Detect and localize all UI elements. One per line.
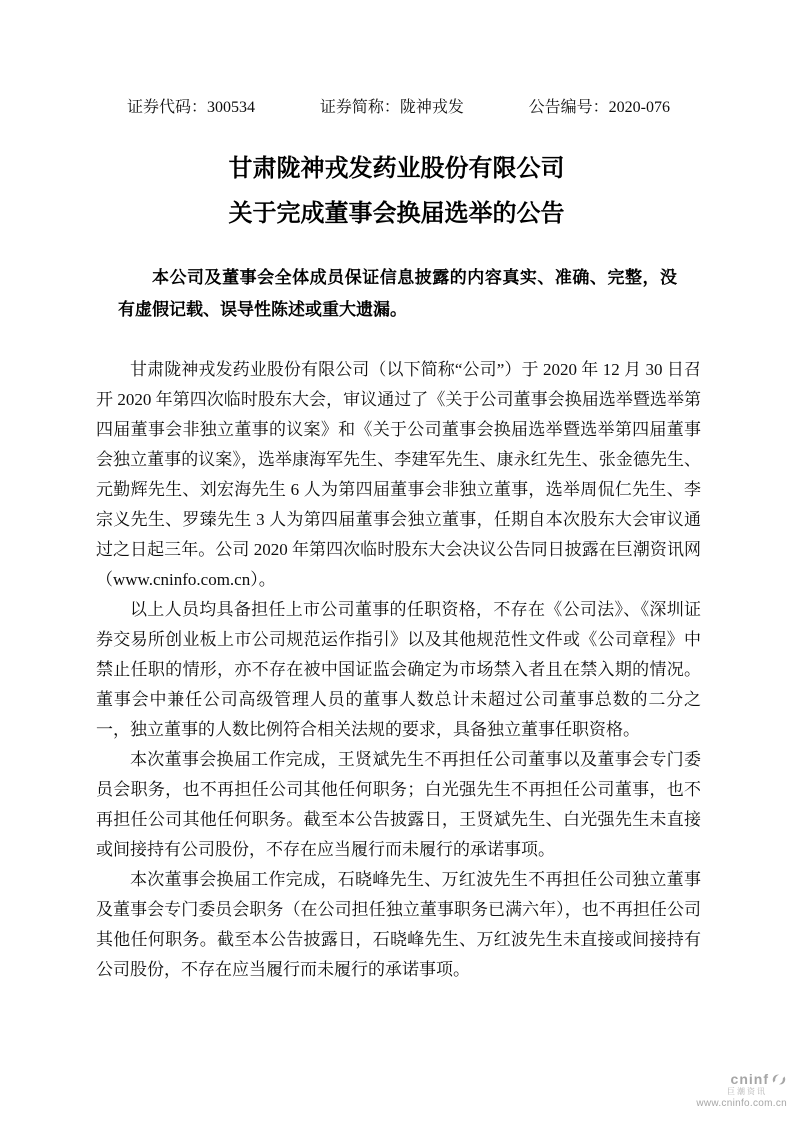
cninfo-swirl-icon	[771, 1072, 787, 1087]
document-title: 甘肃陇神戎发药业股份有限公司 关于完成董事会换届选举的公告	[96, 146, 697, 236]
body-paragraph-3: 本次董事会换届工作完成，王贤斌先生不再担任公司董事以及董事会专门委员会职务，也不…	[96, 745, 701, 865]
cninfo-url: www.cninfo.com.cn	[696, 1097, 787, 1110]
body-paragraph-1: 甘肃陇神戎发药业股份有限公司（以下简称“公司”）于 2020 年 12 月 30…	[96, 355, 701, 595]
disclaimer-statement: 本公司及董事会全体成员保证信息披露的内容真实、准确、完整，没有虚假记载、误导性陈…	[118, 262, 677, 326]
announcement-number: 公告编号：2020-076	[529, 97, 670, 119]
stock-code: 证券代码：300534	[127, 97, 255, 119]
announcement-page: 证券代码：300534 证券简称：陇神戎发 公告编号：2020-076 甘肃陇神…	[0, 0, 793, 1122]
stock-short-name: 证券简称：陇神戎发	[320, 97, 464, 119]
company-name-title-line: 甘肃陇神戎发药业股份有限公司	[96, 146, 697, 191]
cninfo-watermark: cninf 巨潮资讯 www.cninfo.com.cn	[696, 1072, 787, 1110]
cninfo-logo-row: cninf	[696, 1072, 787, 1087]
announcement-subject-title-line: 关于完成董事会换届选举的公告	[96, 191, 697, 236]
body-paragraph-2: 以上人员均具备担任上市公司董事的任职资格，不存在《公司法》、《深圳证券交易所创业…	[96, 595, 701, 745]
body-paragraph-4: 本次董事会换届工作完成，石晓峰先生、万红波先生不再担任公司独立董事及董事会专门委…	[96, 865, 701, 985]
cninfo-logo-text: cninf	[731, 1072, 769, 1087]
announcement-body: 甘肃陇神戎发药业股份有限公司（以下简称“公司”）于 2020 年 12 月 30…	[96, 355, 701, 985]
document-header: 证券代码：300534 证券简称：陇神戎发 公告编号：2020-076	[127, 97, 670, 119]
cninfo-brand-chinese: 巨潮资讯	[696, 1087, 787, 1097]
